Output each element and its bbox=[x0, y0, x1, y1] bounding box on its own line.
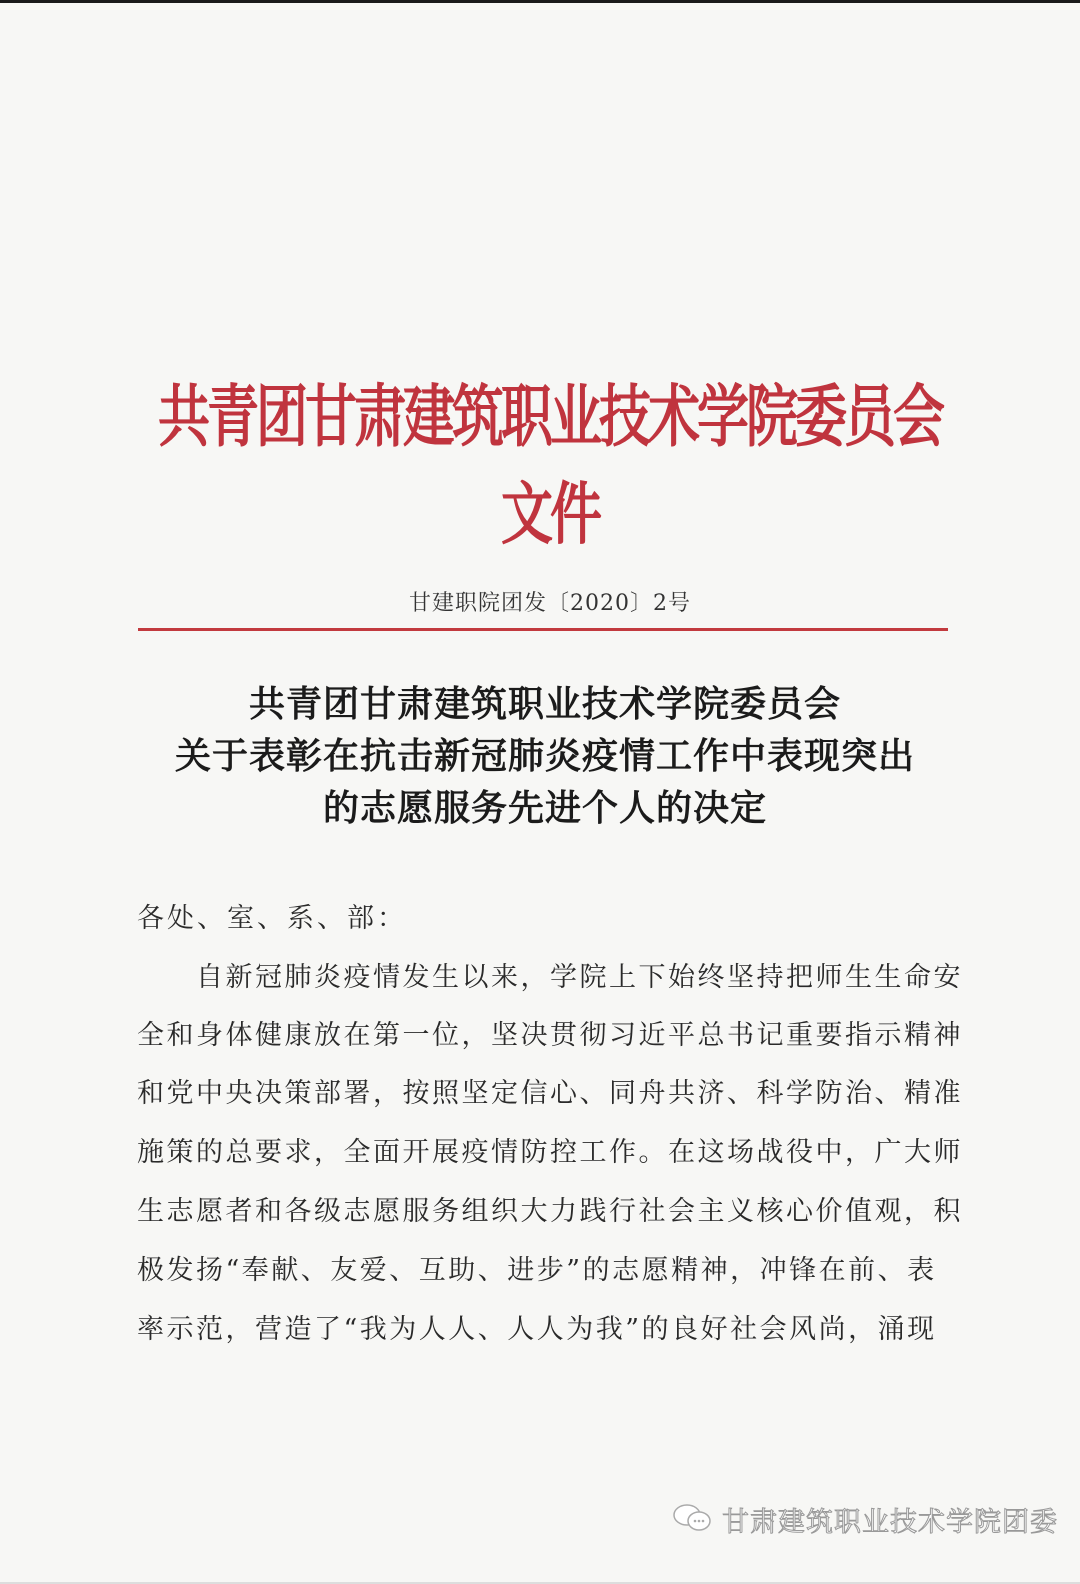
watermark-text: 甘肃建筑职业技术学院团委 bbox=[722, 1500, 1058, 1539]
body-line: 生志愿者和各级志愿服务组织大力践行社会主义核心价值观，积 bbox=[137, 1189, 952, 1228]
salutation: 各处、室、系、部： bbox=[137, 896, 407, 935]
wechat-icon bbox=[672, 1502, 714, 1538]
body-line: 和党中央决策部署，按照坚定信心、同舟共济、科学防治、精准 bbox=[137, 1071, 952, 1110]
document-title-line-3: 的志愿服务先进个人的决定 bbox=[130, 780, 960, 831]
body-line: 施策的总要求，全面开展疫情防控工作。在这场战役中，广大师 bbox=[137, 1130, 952, 1169]
watermark: 甘肃建筑职业技术学院团委 bbox=[672, 1500, 1058, 1539]
red-divider bbox=[138, 628, 948, 631]
document-red-header: 共青团甘肃建筑职业技术学院委员会文件 bbox=[150, 362, 950, 557]
page-top-edge bbox=[0, 0, 1080, 3]
body-line: 全和身体健康放在第一位，坚决贯彻习近平总书记重要指示精神 bbox=[137, 1013, 952, 1052]
body-line: 率示范，营造了“我为人人、人人为我”的良好社会风尚，涌现 bbox=[137, 1307, 952, 1346]
document-title-line-2: 关于表彰在抗击新冠肺炎疫情工作中表现突出 bbox=[130, 728, 960, 779]
document-number: 甘建职院团发〔2020〕2号 bbox=[380, 586, 720, 617]
body-line: 自新冠肺炎疫情发生以来，学院上下始终坚持把师生生命安 bbox=[137, 955, 952, 994]
document-title-line-1: 共青团甘肃建筑职业技术学院委员会 bbox=[130, 676, 960, 727]
body-line: 极发扬“奉献、友爱、互助、进步”的志愿精神，冲锋在前、表 bbox=[137, 1248, 952, 1287]
